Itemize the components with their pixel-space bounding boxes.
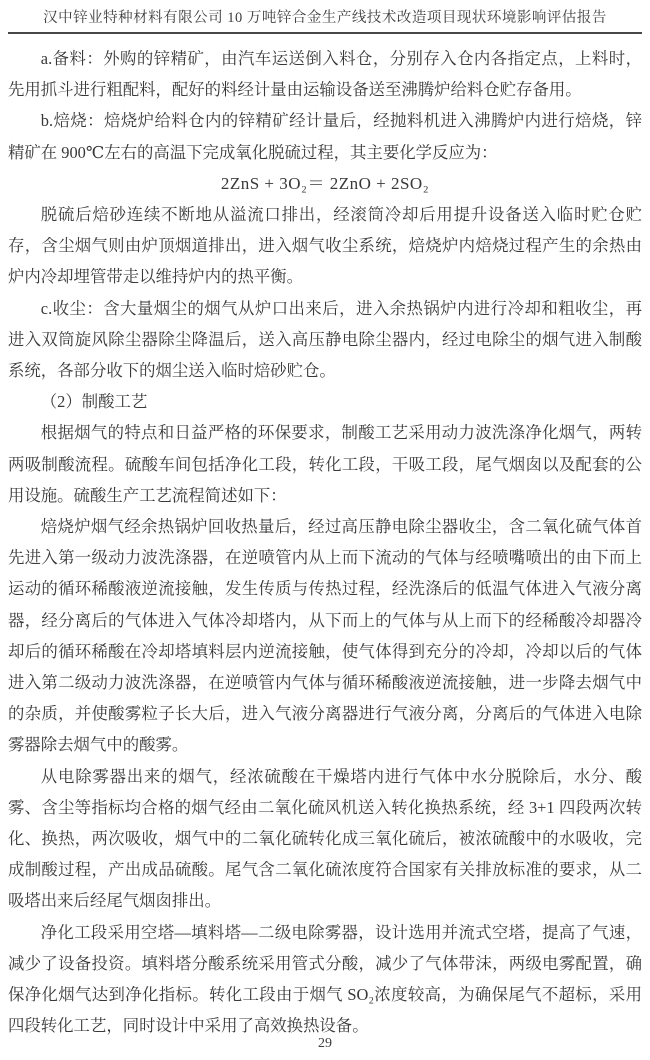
body-paragraph: 脱硫后焙砂连续不断地从溢流口排出，经滚筒冷却后用提升设备送入临时贮仓贮存，含尘烟… — [8, 199, 642, 293]
header-divider — [8, 32, 642, 34]
document-body: a.备料：外购的锌精矿，由汽车运送倒入料仓，分别存入仓内各指定点，上料时，先用抓… — [8, 43, 642, 1042]
body-paragraph: 根据烟气的特点和日益严格的环保要求，制酸工艺采用动力波洗涤净化烟气，两转两吸制酸… — [8, 417, 642, 511]
running-header-title: 汉中锌业特种材料有限公司 10 万吨锌合金生产线技术改造项目现状环境影响评估报告 — [8, 6, 642, 31]
body-paragraph: 净化工段采用空塔—填料塔—二级电除雾器，设计选用并流式空塔，提高了气速，减少了设… — [8, 917, 642, 1042]
body-paragraph: 从电除雾器出来的烟气，经浓硫酸在干燥塔内进行气体中水分脱除后，水分、酸雾、含尘等… — [8, 761, 642, 917]
page-footer: 29 — [0, 1036, 650, 1052]
page-number: 29 — [318, 1036, 332, 1051]
body-paragraph: b.焙烧：焙烧炉给料仓内的锌精矿经计量后，经抛料机进入沸腾炉内进行焙烧，锌精矿在… — [8, 105, 642, 167]
body-paragraph: 焙烧炉烟气经余热锅炉回收热量后，经过高压静电除尘器收尘，含二氧化硫气体首先进入第… — [8, 511, 642, 761]
chemical-equation: 2ZnS + 3O₂＝ 2ZnO + 2SO₂ — [8, 168, 642, 199]
document-page: 汉中锌业特种材料有限公司 10 万吨锌合金生产线技术改造项目现状环境影响评估报告… — [0, 0, 650, 1060]
body-paragraph: a.备料：外购的锌精矿，由汽车运送倒入料仓，分别存入仓内各指定点，上料时，先用抓… — [8, 43, 642, 105]
body-paragraph: c.收尘：含大量烟尘的烟气从炉口出来后，进入余热锅炉内进行冷却和粗收尘，再进入双… — [8, 293, 642, 387]
body-paragraph: （2）制酸工艺 — [8, 386, 642, 417]
